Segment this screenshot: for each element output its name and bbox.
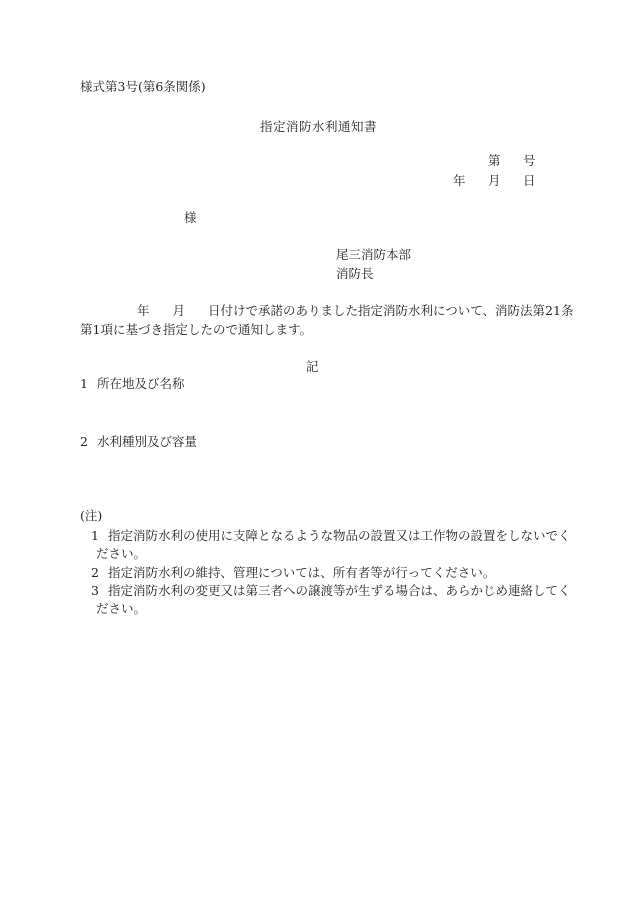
body-line1-text: 日付けで承諾のありました指定消防水利について、消防法第21条 (208, 303, 573, 318)
issue-number-suffix: 号 (523, 155, 536, 168)
issuer-title: 消防長 (336, 268, 374, 281)
body-year-label: 年 (137, 303, 150, 318)
note-text: 指定消防水利の変更又は第三者への譲渡等が生ずる場合は、あらかじめ連絡してく (108, 583, 571, 598)
body-month-label: 月 (173, 303, 186, 318)
issue-date-day-label: 日 (523, 175, 536, 188)
note-item-3-continuation: ださい。 (96, 603, 146, 616)
form-number: 様式第3号(第6条関係) (80, 81, 206, 94)
item-label: 所在地及び名称 (97, 376, 185, 391)
recipient-honorific: 様 (184, 212, 197, 225)
item-type-and-capacity: 2水利種別及び容量 (80, 436, 197, 449)
issue-date-year-label: 年 (453, 175, 466, 188)
note-text: 指定消防水利の使用に支障となるような物品の設置又は工作物の設置をしないでく (108, 528, 571, 543)
body-paragraph-line-2: 第1項に基づき指定したので通知します。 (80, 324, 312, 337)
note-number: 2 (91, 567, 108, 580)
item-number: 2 (80, 436, 97, 449)
issuer-organization: 尾三消防本部 (336, 249, 411, 262)
note-item-2: 2指定消防水利の維持、管理については、所有者等が行ってください。 (91, 567, 495, 580)
note-item-1-continuation: ださい。 (96, 548, 146, 561)
notes-heading: (注) (80, 510, 102, 523)
note-item-1: 1指定消防水利の使用に支障となるような物品の設置又は工作物の設置をしないでく (91, 530, 571, 543)
note-number: 1 (91, 530, 108, 543)
item-location-and-name: 1所在地及び名称 (80, 378, 185, 391)
note-item-3: 3指定消防水利の変更又は第三者への譲渡等が生ずる場合は、あらかじめ連絡してく (91, 585, 571, 598)
item-label: 水利種別及び容量 (97, 434, 197, 449)
item-number: 1 (80, 378, 97, 391)
issue-number-prefix: 第 (488, 155, 501, 168)
issue-date-month-label: 月 (488, 175, 501, 188)
document-page: 様式第3号(第6条関係) 指定消防水利通知書 第 号 年 月 日 様 尾三消防本… (0, 0, 630, 903)
ki-heading: 記 (306, 361, 319, 374)
note-text: 指定消防水利の維持、管理については、所有者等が行ってください。 (108, 565, 495, 580)
document-title: 指定消防水利通知書 (260, 121, 377, 134)
note-number: 3 (91, 585, 108, 598)
body-paragraph-line-1: 年月日付けで承諾のありました指定消防水利について、消防法第21条 (80, 305, 550, 318)
